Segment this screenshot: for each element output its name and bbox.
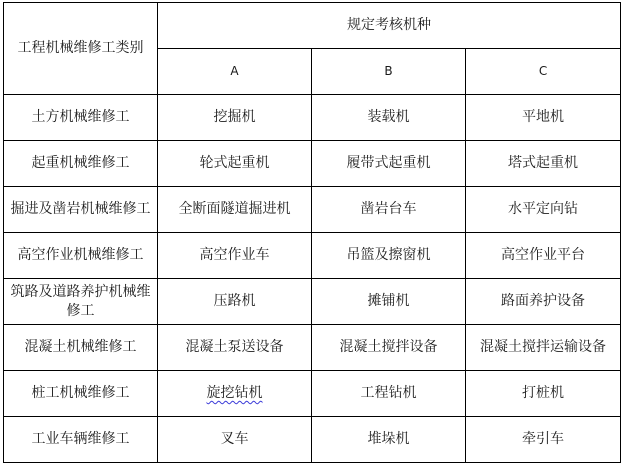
cell-b: 装载机 [312,95,466,141]
column-header-a: A [158,49,312,95]
row-category: 高空作业机械维修工 [4,233,158,279]
spellcheck-underlined-text: 旋挖钻机 [207,385,263,401]
cell-a: 叉车 [158,417,312,463]
table-row: 高空作业机械维修工 高空作业车 吊篮及擦窗机 高空作业平台 [4,233,621,279]
column-header-b: B [312,49,466,95]
cell-a: 挖掘机 [158,95,312,141]
cell-a: 全断面隧道掘进机 [158,187,312,233]
header-row-1: 工程机械维修工类别 规定考核机种 [4,3,621,49]
table-row: 筑路及道路养护机械维修工 压路机 摊铺机 路面养护设备 [4,279,621,325]
cell-c: 牵引车 [466,417,621,463]
table-row: 土方机械维修工 挖掘机 装载机 平地机 [4,95,621,141]
row-category: 筑路及道路养护机械维修工 [4,279,158,325]
cell-c: 高空作业平台 [466,233,621,279]
table-row: 起重机械维修工 轮式起重机 履带式起重机 塔式起重机 [4,141,621,187]
table-row: 掘进及凿岩机械维修工 全断面隧道掘进机 凿岩台车 水平定向钻 [4,187,621,233]
group-header: 规定考核机种 [158,3,621,49]
column-header-c: C [466,49,621,95]
cell-b: 工程钻机 [312,371,466,417]
cell-c: 混凝土搅拌运输设备 [466,325,621,371]
cell-b: 摊铺机 [312,279,466,325]
cell-a: 高空作业车 [158,233,312,279]
row-category: 桩工机械维修工 [4,371,158,417]
cell-a: 旋挖钻机 [158,371,312,417]
cell-a: 轮式起重机 [158,141,312,187]
cell-c: 打桩机 [466,371,621,417]
cell-a: 混凝土泵送设备 [158,325,312,371]
cell-c: 平地机 [466,95,621,141]
table-row: 桩工机械维修工 旋挖钻机 工程钻机 打桩机 [4,371,621,417]
table-row: 混凝土机械维修工 混凝土泵送设备 混凝土搅拌设备 混凝土搅拌运输设备 [4,325,621,371]
row-category: 掘进及凿岩机械维修工 [4,187,158,233]
cell-c: 路面养护设备 [466,279,621,325]
category-header: 工程机械维修工类别 [4,3,158,95]
cell-b: 混凝土搅拌设备 [312,325,466,371]
row-category: 土方机械维修工 [4,95,158,141]
cell-a: 压路机 [158,279,312,325]
cell-c: 塔式起重机 [466,141,621,187]
cell-c: 水平定向钻 [466,187,621,233]
cell-b: 凿岩台车 [312,187,466,233]
cell-b: 吊篮及擦窗机 [312,233,466,279]
row-category: 工业车辆维修工 [4,417,158,463]
cell-b: 堆垛机 [312,417,466,463]
row-category: 起重机械维修工 [4,141,158,187]
cell-b: 履带式起重机 [312,141,466,187]
machinery-category-table: 工程机械维修工类别 规定考核机种 A B C 土方机械维修工 挖掘机 装载机 平… [3,2,621,463]
table-row: 工业车辆维修工 叉车 堆垛机 牵引车 [4,417,621,463]
row-category: 混凝土机械维修工 [4,325,158,371]
